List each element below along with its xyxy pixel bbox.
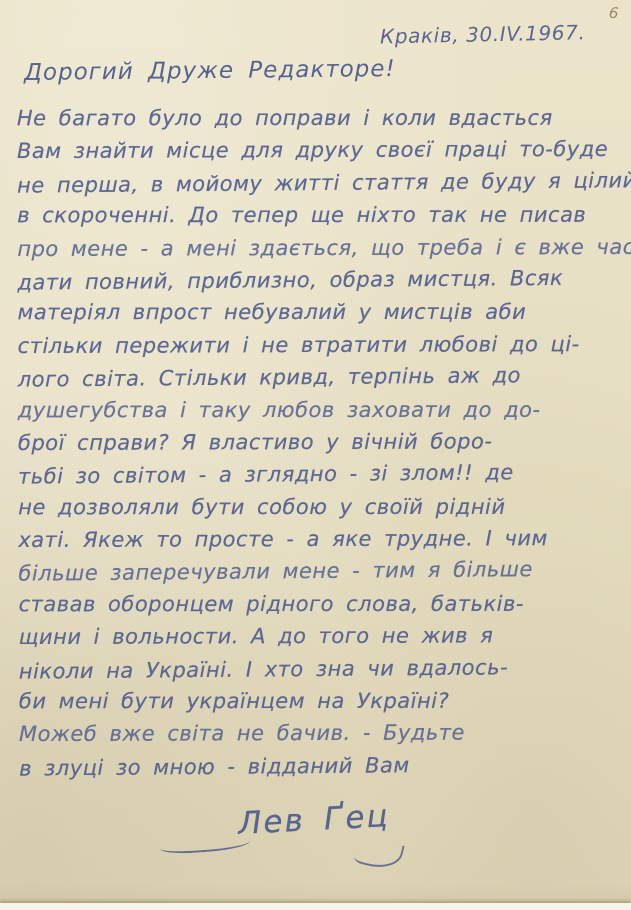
body-line: хаті. Якеж то просте - а яке трудне. І ч… bbox=[18, 522, 618, 556]
body-line: брої справи? Я властиво у вічній боро- bbox=[18, 425, 618, 459]
letter-page: 6 Краків, 30.IV.1967. Дорогий Друже Реда… bbox=[0, 0, 631, 910]
scan-edge-strip bbox=[0, 903, 631, 910]
body-line: матеріял впрост небувалий у мистців аби bbox=[18, 296, 618, 329]
body-line: би мені бути українцем на Україні? bbox=[19, 685, 619, 718]
body-line: дати повний, приблизно, образ мистця. Вс… bbox=[17, 261, 617, 299]
body-line: про мене - а мені здається, що треба і є… bbox=[17, 231, 617, 265]
body-line: в злуці зо мною - відданий Вам bbox=[19, 747, 619, 785]
body-line: лого світа. Стільки кривд, терпінь аж до bbox=[18, 359, 618, 397]
body-line: Можеб вже світа не бачив. - Будьте bbox=[19, 716, 619, 750]
body-line: стільки пережити і не втратити любові до… bbox=[18, 328, 618, 362]
body-line: не дозволяли бути собою у своїй рідній bbox=[18, 490, 618, 523]
body-line: щини і вольности. А до того не жив я bbox=[19, 619, 619, 653]
body-line: більше заперечували мене - тим я більше bbox=[18, 553, 618, 591]
signature-tail-stroke bbox=[353, 835, 404, 873]
body-line: душегубства і таку любов заховати до до- bbox=[18, 393, 618, 426]
body-line: Вам знайти місце для друку своєї праці т… bbox=[17, 133, 617, 167]
body-line: в скороченні. До тепер ще ніхто так не п… bbox=[17, 199, 617, 232]
letter-body: Не багато було до поправи і коли вдастьс… bbox=[17, 101, 619, 783]
body-line: ніколи на Україні. І хто зна чи вдалось- bbox=[19, 650, 619, 688]
salutation: Дорогий Друже Редакторе! bbox=[24, 56, 396, 86]
signature-flourish-stroke bbox=[160, 833, 251, 855]
signature: Лев Ґец bbox=[237, 798, 390, 842]
body-line: ставав оборонцем рідного слова, батьків- bbox=[19, 588, 619, 621]
body-line: не перша, в мойому житті стаття де буду … bbox=[17, 164, 617, 202]
dateline: Краків, 30.IV.1967. bbox=[380, 19, 620, 48]
body-line: тьбі зо світом - а зглядно - зі злом!! д… bbox=[18, 456, 618, 494]
signature-block: Лев Ґец bbox=[160, 800, 420, 870]
body-line: Не багато було до поправи і коли вдастьс… bbox=[17, 102, 617, 135]
